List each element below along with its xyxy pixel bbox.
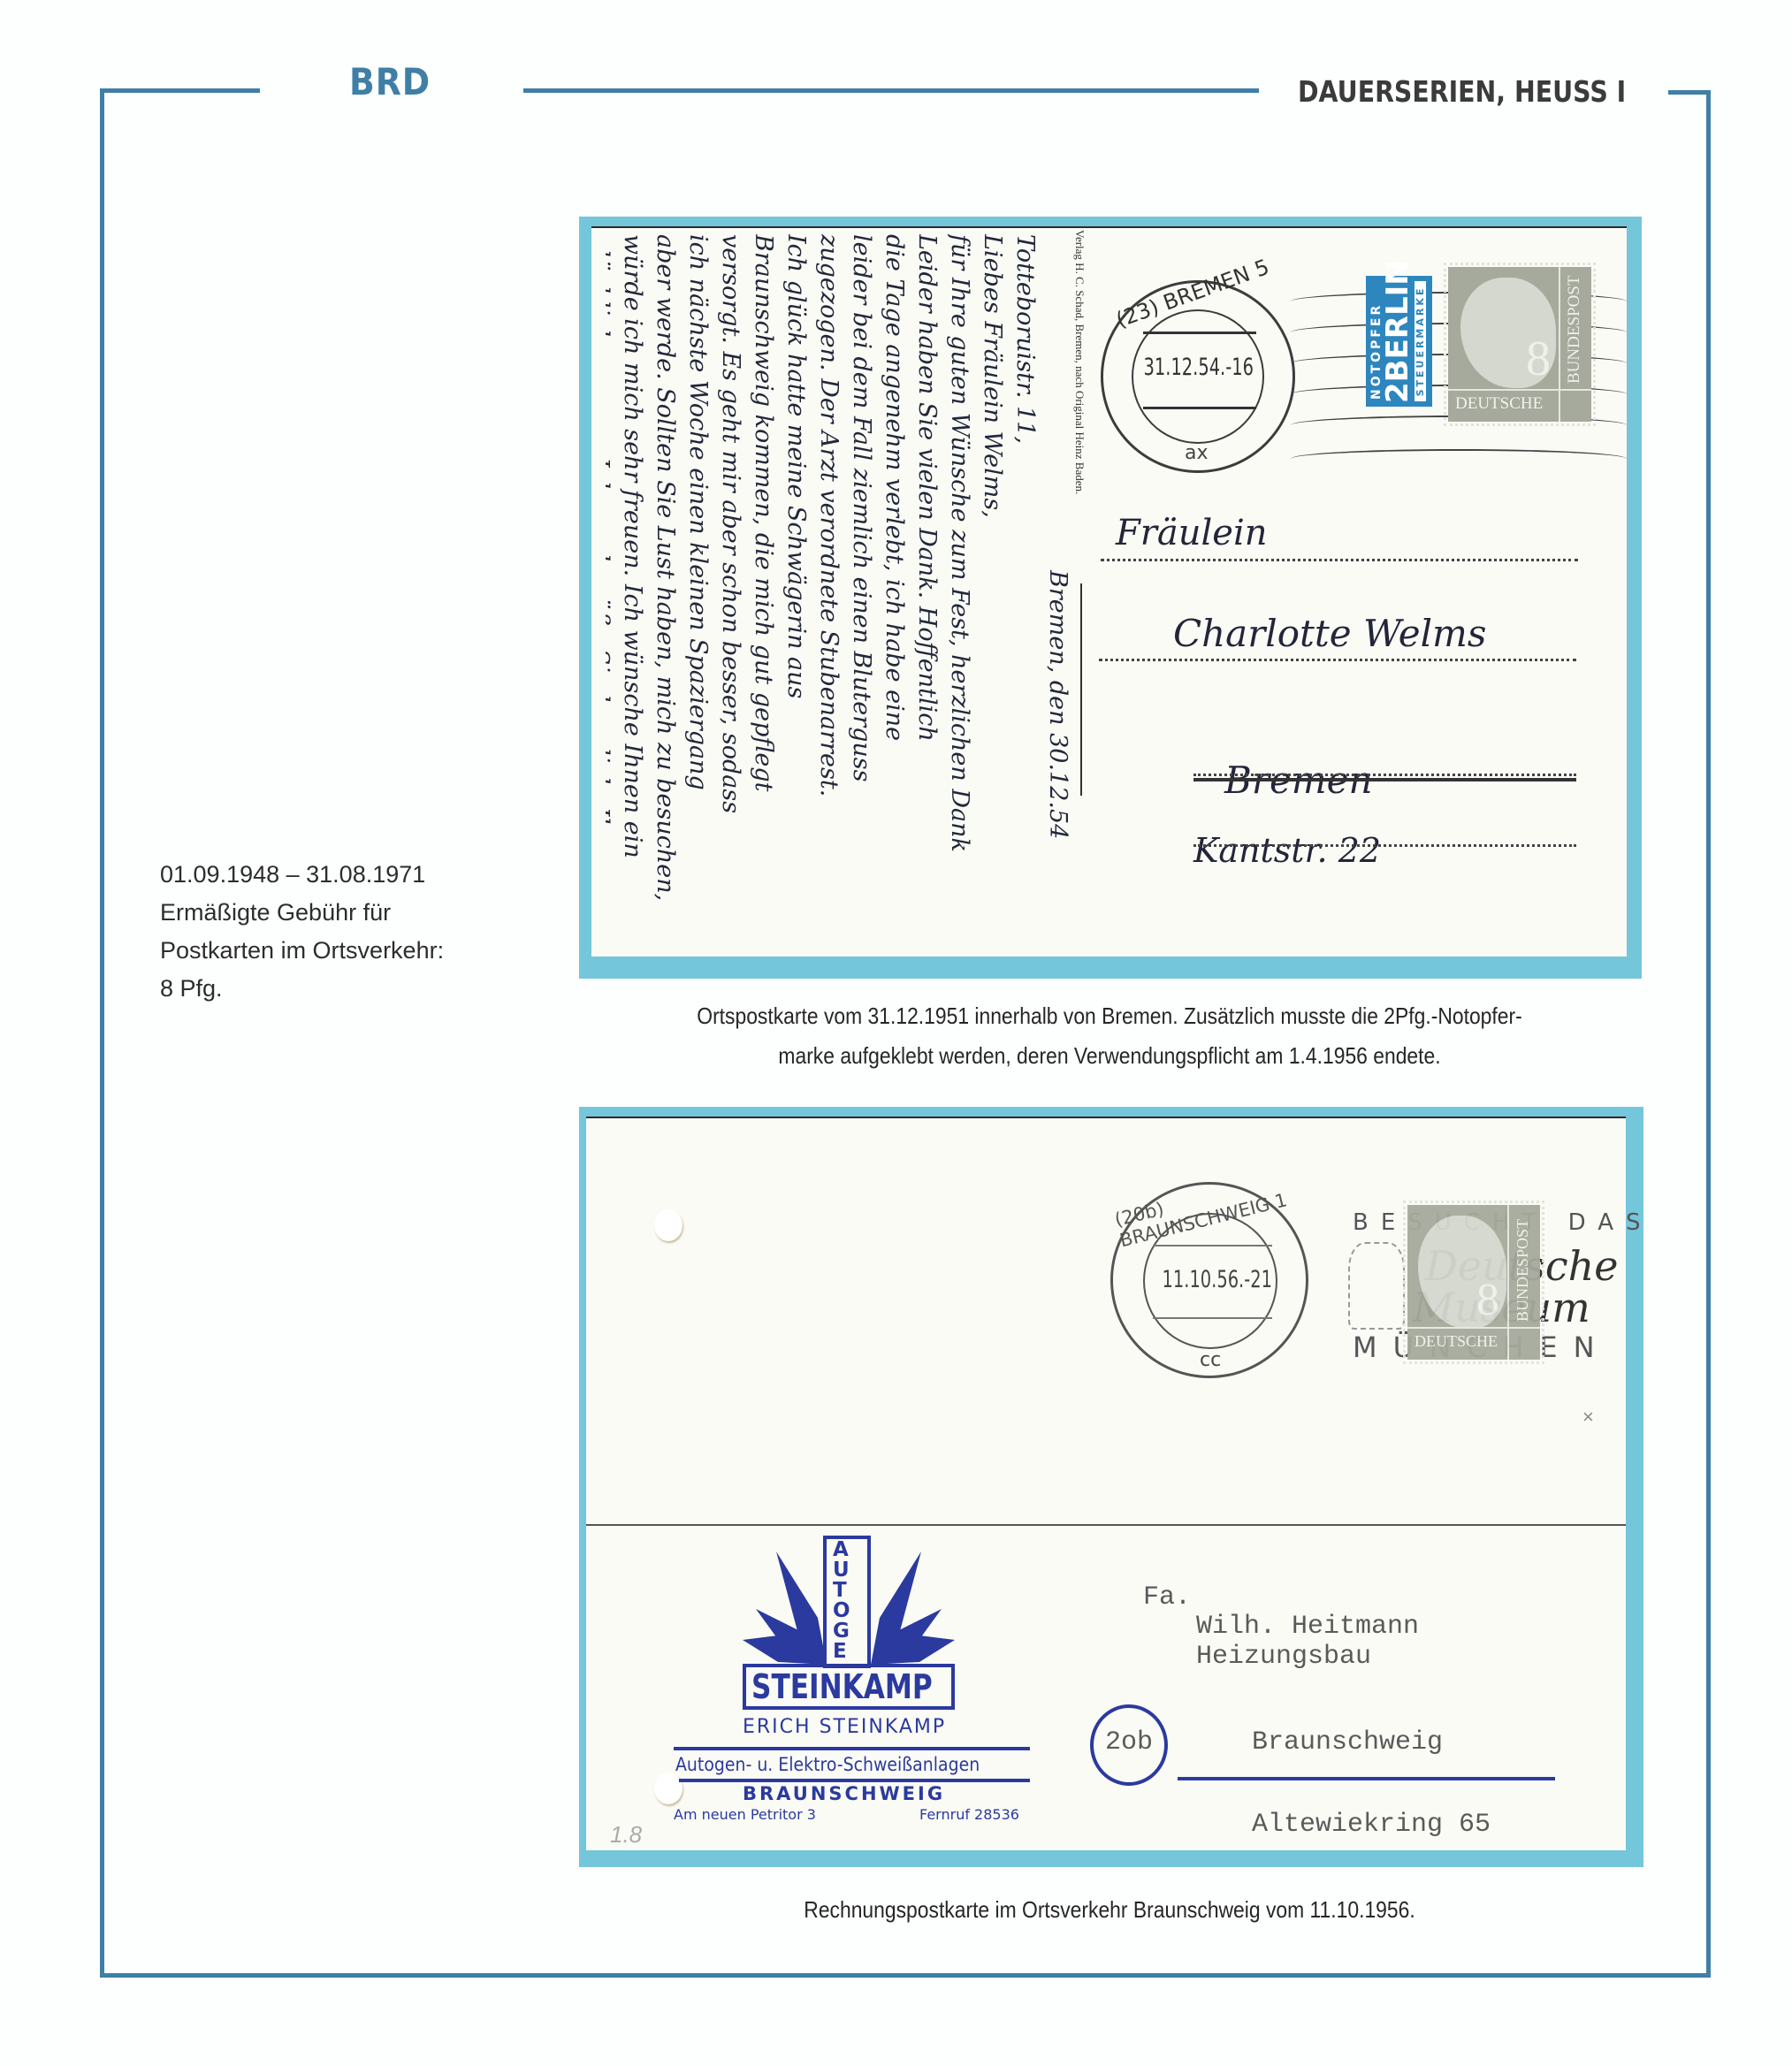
series-heading: DAUERSERIEN, HEUSS I bbox=[1298, 74, 1626, 109]
stamp-value: 8 bbox=[1526, 331, 1551, 387]
pencil-note: 1.8 bbox=[610, 1821, 642, 1849]
stamp-value: 8 bbox=[1476, 1274, 1499, 1326]
card-1-caption: Ortspostkarte vom 31.12.1951 innerhalb v… bbox=[631, 996, 1588, 1076]
frame-left-edge bbox=[100, 88, 104, 1978]
bremen-postmark: 31.12.54.-16 ax (23) BREMEN 5 bbox=[1101, 280, 1295, 473]
city-rule bbox=[1178, 1777, 1555, 1780]
stamp-divider bbox=[1507, 1205, 1509, 1360]
frame-right-edge bbox=[1706, 90, 1711, 1978]
message-line: leider bei dem Fall ziemlich einen Blute… bbox=[845, 234, 878, 942]
punch-hole bbox=[654, 1772, 682, 1804]
stamp-country: DEUTSCHE bbox=[1455, 394, 1543, 414]
message-line: Totteboruistr. 11, bbox=[1009, 234, 1041, 942]
recipient-salutation: Fräulein bbox=[1116, 513, 1268, 553]
message-divider bbox=[1080, 583, 1082, 796]
postmark-code: ax bbox=[1185, 442, 1209, 464]
postmark-code: cc bbox=[1200, 1349, 1221, 1371]
message-line: glückliches neues Jahr und grüße Sie her… bbox=[606, 234, 616, 942]
recipient-city: Braunschweig bbox=[1252, 1727, 1443, 1757]
postal-district: 2ob bbox=[1105, 1727, 1153, 1757]
caption-line: Ortspostkarte vom 31.12.1951 innerhalb v… bbox=[631, 996, 1588, 1036]
sender-rule bbox=[674, 1747, 1030, 1750]
frame-top-left-segment bbox=[104, 88, 260, 93]
address-line bbox=[1193, 844, 1576, 847]
sender-business: Autogen- u. Elektro-Schweißanlagen bbox=[675, 1754, 980, 1775]
logo-name: STEINKAMP bbox=[751, 1667, 933, 1706]
rate-amount: 8 Pfg. bbox=[160, 970, 444, 1008]
notopfer-value-city: 2BERLIN bbox=[1382, 260, 1414, 403]
postmark-date: 11.10.56.-21 bbox=[1163, 1266, 1272, 1293]
stamp-country: DEUTSCHE bbox=[1415, 1332, 1498, 1351]
message-line: zugezogen. Der Arzt verordnete Stubenarr… bbox=[812, 234, 845, 942]
stamp-divider bbox=[1559, 267, 1560, 422]
recipient-company: Wilh. Heitmann bbox=[1196, 1612, 1419, 1642]
publisher-imprint: Verlag H. C. Schad, Bremen, nach Origina… bbox=[1065, 230, 1092, 601]
message-line: Ich glück hatte meine Schwägerin aus bbox=[780, 234, 812, 942]
message-line: versorgt. Es geht mir aber schon besser,… bbox=[714, 234, 747, 942]
sender-name: ERICH STEINKAMP bbox=[743, 1716, 946, 1738]
sender-city: BRAUNSCHWEIG bbox=[743, 1783, 945, 1804]
message-line: ich nächste Woche einen kleinen Spazierg… bbox=[682, 234, 714, 942]
rate-description-2: Postkarten im Ortsverkehr: bbox=[160, 932, 444, 970]
frame-bottom-edge bbox=[100, 1973, 1711, 1978]
card-fold-line bbox=[586, 1524, 1626, 1526]
postmark-bar bbox=[1143, 407, 1256, 409]
sender-street: Am neuen Petritor 3 bbox=[674, 1806, 816, 1823]
punch-hole bbox=[654, 1209, 682, 1241]
frame-top-right-segment bbox=[1668, 90, 1711, 95]
address-line bbox=[1099, 659, 1576, 661]
address-line bbox=[1193, 774, 1576, 776]
heuss-8pf-stamp: 8 DEUTSCHE BUNDESPOST bbox=[1407, 1205, 1540, 1360]
recipient-street: Kantstr. 22 bbox=[1193, 831, 1381, 870]
city-underline bbox=[1193, 778, 1576, 781]
rate-description: Ermäßigte Gebühr für bbox=[160, 894, 444, 932]
message-line: die Tage angenehm verlebt, ich habe eine bbox=[878, 234, 911, 942]
wave-cancel-line bbox=[1291, 449, 1627, 469]
notopfer-stamp: NOTOPFER 2BERLIN STEUERMARKE bbox=[1366, 276, 1432, 407]
publisher-imprint-text: Verlag H. C. Schad, Bremen, nach Origina… bbox=[1072, 230, 1087, 601]
notopfer-city: BERLIN bbox=[1380, 260, 1415, 382]
rate-period: 01.09.1948 – 31.08.1971 bbox=[160, 856, 444, 894]
handwritten-message: Bremen, den 30.12.54 Totteboruistr. 11, … bbox=[606, 234, 1074, 942]
notopfer-value: 2 bbox=[1380, 382, 1415, 403]
address-line bbox=[1101, 559, 1578, 561]
message-line: Braunschweig kommen, die mich gut gepfle… bbox=[747, 234, 780, 942]
message-line: Leider haben Sie vielen Dank. Hoffentlic… bbox=[911, 234, 943, 942]
recipient-prefix: Fa. bbox=[1143, 1582, 1191, 1612]
caption-line: marke aufgeklebt werden, deren Verwendun… bbox=[631, 1036, 1588, 1076]
notopfer-steuermarke: STEUERMARKE bbox=[1415, 281, 1426, 401]
postmark-bar bbox=[1153, 1245, 1272, 1246]
message-line: aber werde. Sollten Sie Lust haben, mich… bbox=[649, 234, 682, 942]
stamp-divider bbox=[1407, 1327, 1540, 1329]
heuss-8pf-stamp: 8 DEUTSCHE BUNDESPOST bbox=[1448, 267, 1591, 422]
message-line: Liebes Fräulein Welms, bbox=[976, 234, 1009, 942]
stamp-side-text: BUNDESPOST bbox=[1514, 1219, 1532, 1322]
recipient-name: Charlotte Welms bbox=[1173, 612, 1486, 655]
postmark-bar bbox=[1153, 1317, 1272, 1319]
notopfer-stamp-text: NOTOPFER 2BERLIN STEUERMARKE bbox=[1366, 276, 1432, 407]
rate-note: 01.09.1948 – 31.08.1971 Ermäßigte Gebühr… bbox=[160, 856, 444, 1008]
country-heading: BRD bbox=[349, 60, 431, 103]
card-2-caption: Rechnungspostkarte im Ortsverkehr Brauns… bbox=[631, 1896, 1588, 1924]
stamp-divider bbox=[1448, 389, 1591, 391]
recipient-trade: Heizungsbau bbox=[1196, 1642, 1371, 1672]
recipient-street: Altewiekring 65 bbox=[1252, 1810, 1491, 1840]
postmark-bar bbox=[1143, 332, 1256, 334]
frame-top-middle-segment bbox=[523, 88, 1259, 93]
message-line: würde ich mich sehr freuen. Ich wünsche … bbox=[616, 234, 649, 942]
message-line: für Ihre guten Wünsche zum Fest, herzlic… bbox=[943, 234, 976, 942]
museum-emblem-icon bbox=[1348, 1242, 1405, 1330]
sender-rule bbox=[679, 1779, 1030, 1782]
logo-vertical-text: AUTOGE bbox=[833, 1540, 859, 1662]
stamp-side-text: BUNDESPOST bbox=[1565, 276, 1584, 384]
sender-phone: Fernruf 28536 bbox=[919, 1806, 1019, 1823]
braunschweig-postmark: 11.10.56.-21 cc (20b) BRAUNSCHWEIG 1 bbox=[1110, 1182, 1308, 1378]
postmark-date: 31.12.54.-16 bbox=[1144, 354, 1254, 381]
pencil-mark: × bbox=[1582, 1406, 1594, 1429]
